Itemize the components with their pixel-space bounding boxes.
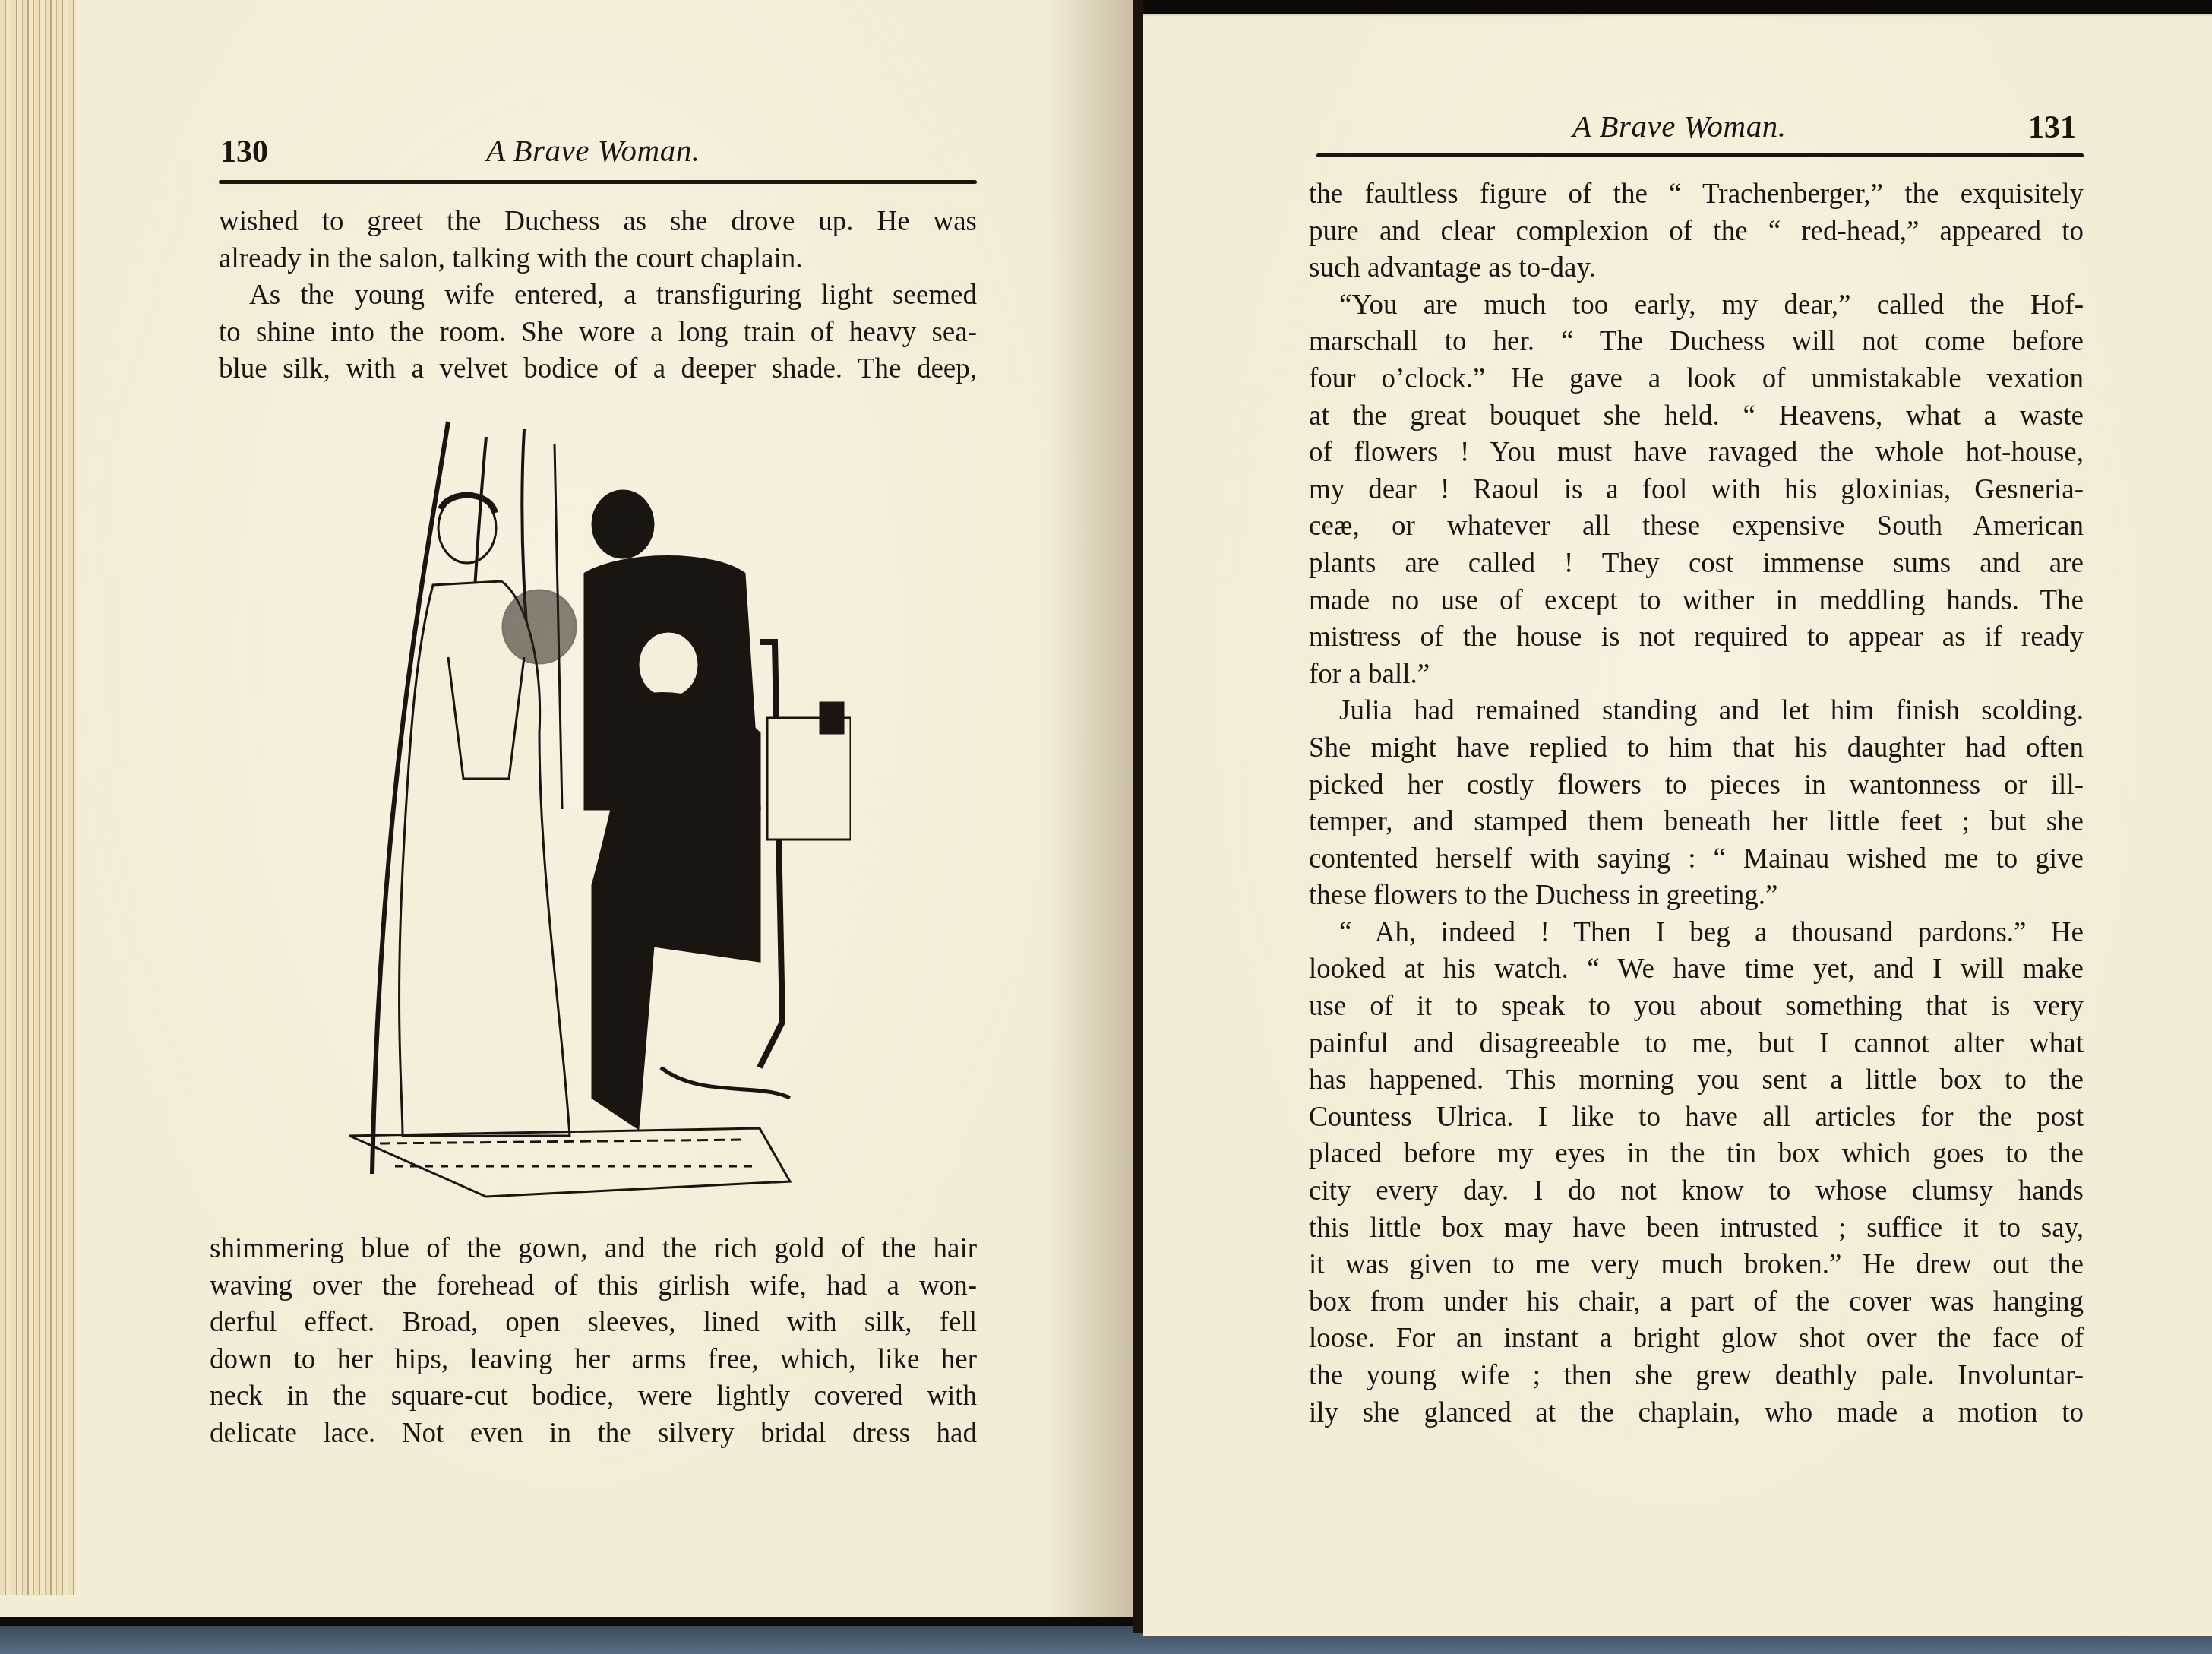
text-line: this little box may have been intrusted … (1309, 1210, 2084, 1248)
text-line: picked her costly flowers to pieces in w… (1309, 767, 2084, 805)
text-line: pure and clear complexion of the “ red-h… (1309, 213, 2084, 251)
running-title: A Brave Woman. (1572, 109, 1786, 144)
text-line: waving over the forehead of this girlish… (210, 1268, 977, 1305)
text-block-bottom: shimmering blue of the gown, and the ric… (210, 1231, 977, 1453)
text-line: ceæ, or whatever all these expensive Sou… (1309, 508, 2084, 546)
text-line: Countess Ulrica. I like to have all arti… (1309, 1099, 2084, 1137)
text-line: the young wife ; then she grew deathly p… (1309, 1358, 2084, 1395)
text-line: As the young wife entered, a transfiguri… (219, 277, 977, 315)
text-line: painful and disagreeable to me, but I ca… (1309, 1026, 2084, 1063)
text-line: mistress of the house is not required to… (1309, 619, 2084, 656)
text-line: made no use of except to wither in meddl… (1309, 583, 2084, 620)
text-line: four o’clock.” He gave a look of unmista… (1309, 361, 2084, 398)
right-page: A Brave Woman. 131 the faultless figure … (1143, 14, 2212, 1636)
text-line: use of it to speak to you about somethin… (1309, 988, 2084, 1026)
text-block-top: wished to greet the Duchess as she drove… (219, 204, 977, 388)
text-line: for a ball.” (1309, 656, 2084, 694)
text-line: She might have replied to him that his d… (1309, 730, 2084, 767)
text-line: “You are much too early, my dear,” calle… (1309, 287, 2084, 324)
engraving-illustration (334, 414, 851, 1204)
text-line: such advantage as to-day. (1309, 250, 2084, 287)
text-line: plants are called ! They cost immense su… (1309, 546, 2084, 583)
text-line: temper, and stamped them beneath her lit… (1309, 804, 2084, 841)
running-title: A Brave Woman. (486, 133, 700, 168)
left-page: 130 A Brave Woman. wished to greet the D… (0, 0, 1138, 1617)
text-line: placed before my eyes in the tin box whi… (1309, 1136, 2084, 1173)
page-top-shadow (1143, 0, 2212, 17)
text-line: marschall to her. “ The Duchess will not… (1309, 324, 2084, 361)
page-edges (0, 0, 76, 1595)
text-line: box from under his chair, a part of the … (1309, 1284, 2084, 1321)
text-line: derful effect. Broad, open sleeves, line… (210, 1305, 977, 1342)
page-number: 131 (2028, 109, 2076, 146)
book-spine (1133, 0, 1144, 1633)
text-line: the faultless figure of the “ Trachenber… (1309, 176, 2084, 213)
text-line: shimmering blue of the gown, and the ric… (210, 1231, 977, 1268)
text-line: at the great bouquet she held. “ Heavens… (1309, 398, 2084, 435)
text-line: ily she glanced at the chaplain, who mad… (1309, 1395, 2084, 1432)
text-line: Julia had remained standing and let him … (1309, 693, 2084, 730)
text-line: it was given to me very much broken.” He… (1309, 1247, 2084, 1284)
page-number: 130 (220, 134, 268, 170)
text-line: these flowers to the Duchess in greeting… (1309, 878, 2084, 915)
text-line: already in the salon, talking with the c… (219, 241, 977, 278)
text-line: down to her hips, leaving her arms free,… (210, 1342, 977, 1379)
text-line: loose. For an instant a bright glow shot… (1309, 1320, 2084, 1358)
text-line: my dear ! Raoul is a fool with his gloxi… (1309, 472, 2084, 509)
text-line: city every day. I do not know to whose c… (1309, 1173, 2084, 1210)
text-line: neck in the square-cut bodice, were ligh… (210, 1378, 977, 1415)
text-line: delicate lace. Not even in the silvery b… (210, 1415, 977, 1453)
text-line: looked at his watch. “ We have time yet,… (1309, 951, 2084, 988)
running-head: A Brave Woman. (486, 132, 700, 169)
text-line: of flowers ! You must have ravaged the w… (1309, 435, 2084, 472)
text-line: blue silk, with a velvet bodice of a dee… (219, 351, 977, 388)
text-block: the faultless figure of the “ Trachenber… (1309, 176, 2084, 1431)
gutter-shadow (1047, 0, 1138, 1617)
header-rule (219, 180, 977, 184)
text-line: to shine into the room. She wore a long … (219, 315, 977, 352)
text-line: contented herself with saying : “ Mainau… (1309, 841, 2084, 878)
text-line: wished to greet the Duchess as she drove… (219, 204, 977, 241)
header-rule (1316, 153, 2084, 157)
illustration-image (334, 414, 851, 1204)
text-line: “ Ah, indeed ! Then I beg a thousand par… (1309, 915, 2084, 952)
running-head: A Brave Woman. (1572, 108, 1786, 144)
text-line: has happened. This morning you sent a li… (1309, 1062, 2084, 1099)
